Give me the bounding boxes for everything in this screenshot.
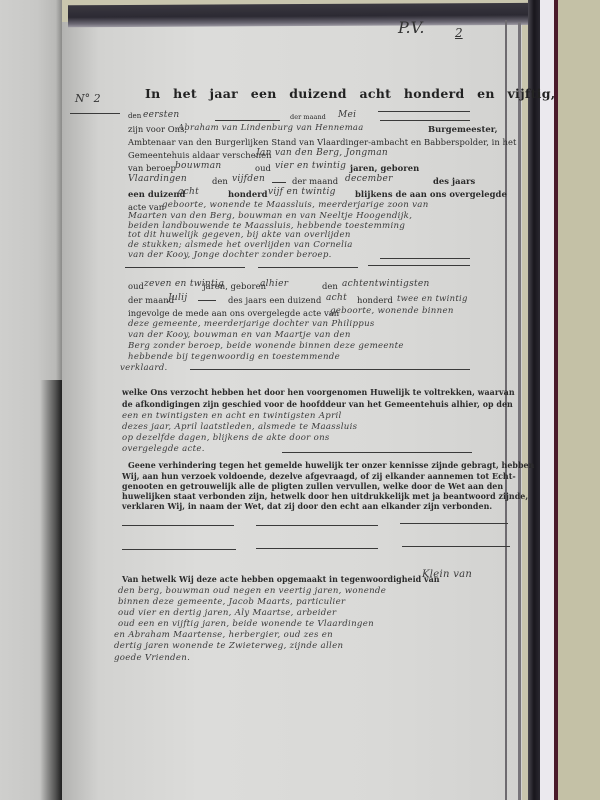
handwritten-day: vijfden [232, 174, 265, 184]
act-number: N° 2 [75, 92, 101, 105]
handwritten-century: acht [178, 187, 199, 197]
handwritten-line: hebbende bij tegenwoordig en toestemmend… [128, 352, 340, 362]
rule [378, 111, 470, 112]
print-text: van beroep [128, 163, 176, 173]
rule [272, 182, 286, 183]
handwritten-line: een en twintigsten en acht en twintigste… [122, 411, 342, 421]
handwritten-month: Julij [168, 293, 187, 303]
handwritten-witness: Klein van [422, 569, 472, 580]
handwritten-occupation: bouwman [175, 161, 221, 171]
print-text: Geene verhindering tegen het gemelde huw… [128, 461, 534, 470]
handwritten-line: van der Kooy, Jonge dochter zonder beroe… [128, 250, 332, 260]
handwritten-line: goede Vrienden. [114, 653, 190, 663]
print-text: genooten en getrouwelijk alle de pligten… [122, 482, 503, 491]
handwritten-month: december [345, 174, 393, 184]
handwritten-age: vier en twintig [275, 161, 346, 171]
rule [198, 300, 216, 301]
print-text: der maand [290, 113, 326, 121]
rule [125, 267, 245, 268]
rule [400, 523, 508, 524]
handwritten-month: Mei [338, 110, 356, 120]
handwritten-line: van der Kooy, bouwman en van Maartje van… [128, 330, 351, 340]
print-text: Ambtenaar van den Burgerlijken Stand van… [128, 137, 516, 147]
rule [380, 258, 470, 259]
print-text: Van hetwelk Wij deze acte hebben opgemaa… [122, 575, 440, 584]
handwritten-mayor: Abraham van Lindenburg van Hennemaa [178, 122, 364, 132]
page-number: 2 [455, 26, 463, 40]
print-text: den [322, 281, 338, 291]
print-text: des jaars [433, 176, 475, 186]
handwritten-year: vijf en twintig [268, 187, 336, 197]
print-text: Burgemeester, [428, 124, 498, 134]
handwritten-line: op dezelfde dagen, blijkens de akte door… [122, 433, 330, 443]
rule [258, 267, 358, 268]
handwritten-line: oud een en vijftig jaren, beide wonende … [118, 619, 374, 629]
print-text: honderd [228, 189, 268, 199]
print-text: jaren, geboren [203, 281, 266, 291]
rule [70, 113, 120, 114]
handwritten-line: en Abraham Maartense, herbergier, oud ze… [114, 630, 333, 640]
handwritten-line: Berg zonder beroep, beide wonende binnen… [128, 341, 404, 351]
handwritten-day: eersten [143, 110, 179, 120]
rule [402, 546, 510, 547]
handwritten-birthplace: Vlaardingen [128, 174, 187, 184]
rule [122, 525, 234, 526]
print-text: den [128, 112, 141, 120]
print-text: honderd [357, 295, 393, 305]
handwritten-line: tot dit huwelijk gegeven, bij akte van o… [128, 230, 351, 240]
page-marker: P.V. [398, 18, 424, 37]
print-text: de afkondigingen zijn geschied voor de h… [122, 400, 513, 409]
handwritten-line: binnen deze gemeente, Jacob Maarts, part… [118, 597, 345, 607]
print-text: ingevolge de mede aan ons overgelegde ac… [128, 308, 339, 318]
print-text: een duizend [128, 189, 185, 199]
rule [256, 548, 378, 549]
handwritten-line: verklaard. [120, 363, 168, 373]
print-text: des jaars een duizend [228, 295, 321, 305]
handwritten-line: dezes jaar, April laatstleden, alsmede t… [122, 422, 357, 432]
print-text: oud [255, 163, 271, 173]
print-text: huwelijken staat verbonden zijn, hetwelk… [122, 492, 528, 501]
handwritten-line: oud vier en dertig jaren, Aly Maartse, a… [118, 608, 336, 618]
handwritten-line: den berg, bouwman oud negen en veertig j… [118, 586, 386, 596]
handwritten-birthplace: alhier [260, 279, 288, 289]
document-header: In het jaar een duizend acht honderd en … [145, 86, 555, 101]
print-text: welke Ons verzocht hebben het door hen v… [122, 388, 515, 397]
rule [380, 120, 470, 121]
rule [256, 525, 378, 526]
handwritten-day: achtentwintigsten [342, 279, 430, 289]
print-text: Wij, aan hun verzoek voldoende, dezelve … [122, 472, 516, 481]
handwritten-line: deze gemeente, meerderjarige dochter van… [128, 319, 375, 329]
handwritten-century: acht [326, 293, 347, 303]
print-text: den [212, 176, 228, 186]
rule [122, 549, 236, 550]
handwritten-line: dertig jaren wonende te Zwieterweg, zijn… [114, 641, 343, 651]
document-content: P.V. 2 N° 2 In het jaar een duizend acht… [0, 0, 600, 800]
handwritten-line: geboorte, wonende binnen [330, 306, 454, 316]
print-text: jaren, geboren [350, 163, 419, 173]
print-text: verklaren Wij, in naam der Wet, dat zij … [122, 502, 492, 511]
handwritten-line: geboorte, wonende te Maassluis, meerderj… [162, 200, 429, 210]
handwritten-groom: Jan van den Berg, Jongman [256, 148, 388, 158]
print-text: der maand [292, 176, 338, 186]
rule [368, 265, 470, 266]
handwritten-line: overgelegde acte. [122, 444, 205, 454]
print-text: Gemeentehuis aldaar verschenen [128, 150, 272, 160]
handwritten-line: de stukken; alsmede het overlijden van C… [128, 240, 353, 250]
rule [282, 452, 472, 453]
rule [190, 369, 470, 370]
handwritten-year: twee en twintig [397, 293, 468, 303]
print-text: blijkens de aan ons overgelegde [355, 189, 507, 199]
print-text: oud [128, 281, 144, 291]
